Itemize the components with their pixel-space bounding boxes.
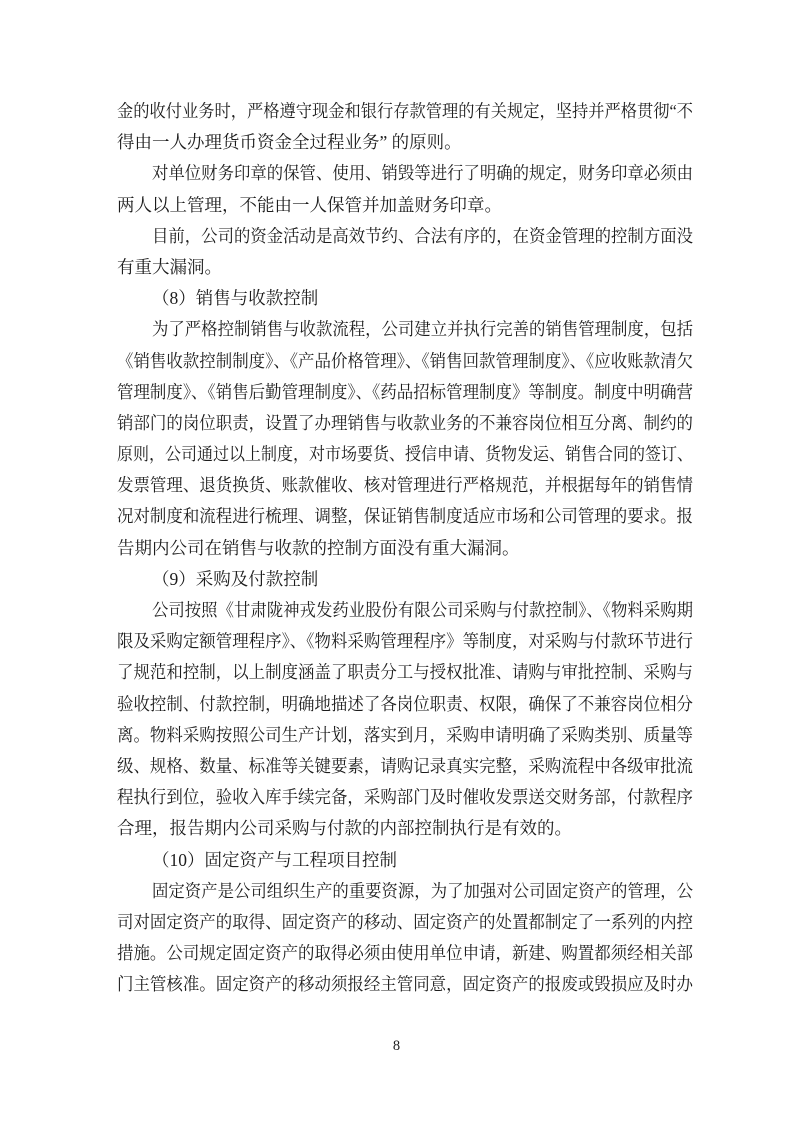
text-line-content: 销部门的岗位职责，设置了办理销售与收款业务的不兼容岗位相互分离、制约的 — [117, 408, 693, 439]
text-line: 固定资产是公司组织生产的重要资源，为了加强对公司固定资产的管理，公 — [117, 876, 693, 907]
text-line-content: 发票管理、退货换货、账款催收、核对管理进行严格规范，并根据每年的销售情 — [117, 470, 693, 501]
text-line: 为了严格控制销售与收款流程，公司建立并执行完善的销售管理制度，包括 — [117, 314, 693, 345]
text-line-content: 对单位财务印章的保管、使用、销毁等进行了明确的规定，财务印章必须由 — [152, 158, 693, 189]
text-line-content: （8）销售与收款控制 — [152, 283, 318, 314]
text-line-content: 了规范和控制，以上制度涵盖了职责分工与授权批准、请购与审批控制、采购与 — [117, 657, 693, 688]
text-line-content: 公司按照《甘肃陇神戎发药业股份有限公司采购与付款控制》、《物料采购期 — [152, 595, 693, 626]
text-line-content: （9）采购及付款控制 — [152, 564, 318, 595]
text-line-content: 程执行到位，验收入库手续完备，采购部门及时催收发票送交财务部，付款程序 — [117, 782, 693, 813]
text-line-content: 《销售收款控制制度》、《产品价格管理》、《销售回款管理制度》、《应收账款清欠 — [117, 346, 693, 377]
text-line: 限及采购定额管理程序》、《物料采购管理程序》等制度，对采购与付款环节进行 — [117, 626, 693, 657]
text-line-content: 固定资产是公司组织生产的重要资源，为了加强对公司固定资产的管理，公 — [152, 876, 693, 907]
text-line-content: 告期内公司在销售与收款的控制方面没有重大漏洞。 — [117, 533, 520, 564]
text-line: 《销售收款控制制度》、《产品价格管理》、《销售回款管理制度》、《应收账款清欠 — [117, 346, 693, 377]
text-block: 金的收付业务时，严格遵守现金和银行存款管理的有关规定，坚持并严格贯彻“不得由一人… — [117, 96, 693, 1000]
text-line: 目前，公司的资金活动是高效节约、合法有序的，在资金管理的控制方面没 — [117, 221, 693, 252]
text-line: 司对固定资产的取得、固定资产的移动、固定资产的处置都制定了一系列的内控 — [117, 907, 693, 938]
text-line: （8）销售与收款控制 — [117, 283, 693, 314]
text-line: 原则，公司通过以上制度，对市场要货、授信申请、货物发运、销售合同的签订、 — [117, 439, 693, 470]
text-line: 管理制度》、《销售后勤管理制度》、《药品招标管理制度》等制度。制度中明确营 — [117, 377, 693, 408]
text-line: 两人以上管理，不能由一人保管并加盖财务印章。 — [117, 190, 693, 221]
text-line-content: 原则，公司通过以上制度，对市场要货、授信申请、货物发运、销售合同的签订、 — [117, 439, 693, 470]
text-line-content: 为了严格控制销售与收款流程，公司建立并执行完善的销售管理制度，包括 — [152, 314, 693, 345]
text-line: 措施。公司规定固定资产的取得必须由使用单位申请，新建、购置都须经相关部 — [117, 938, 693, 969]
text-line: 级、规格、数量、标准等关键要素，请购记录真实完整，采购流程中各级审批流 — [117, 751, 693, 782]
text-line: 发票管理、退货换货、账款催收、核对管理进行严格规范，并根据每年的销售情 — [117, 470, 693, 501]
text-line: 金的收付业务时，严格遵守现金和银行存款管理的有关规定，坚持并严格贯彻“不 — [117, 96, 693, 127]
text-line: 况对制度和流程进行梳理、调整，保证销售制度适应市场和公司管理的要求。报 — [117, 501, 693, 532]
text-line-content: 限及采购定额管理程序》、《物料采购管理程序》等制度，对采购与付款环节进行 — [117, 626, 693, 657]
text-line: 合理，报告期内公司采购与付款的内部控制执行是有效的。 — [117, 813, 693, 844]
text-line-content: 有重大漏洞。 — [117, 252, 222, 283]
text-line-content: （10）固定资产与工程项目控制 — [152, 845, 397, 876]
text-line: 离。物料采购按照公司生产计划，落实到月，采购申请明确了采购类别、质量等 — [117, 720, 693, 751]
text-line-content: 金的收付业务时，严格遵守现金和银行存款管理的有关规定，坚持并严格贯彻“不 — [117, 96, 693, 127]
text-line-content: 级、规格、数量、标准等关键要素，请购记录真实完整，采购流程中各级审批流 — [117, 751, 693, 782]
page-number: 8 — [0, 1036, 793, 1056]
text-line-content: 合理，报告期内公司采购与付款的内部控制执行是有效的。 — [117, 813, 572, 844]
text-line-content: 况对制度和流程进行梳理、调整，保证销售制度适应市场和公司管理的要求。报 — [117, 501, 693, 532]
text-line-content: 得由一人办理货币资金全过程业务” 的原则。 — [117, 127, 462, 158]
text-line-content: 两人以上管理，不能由一人保管并加盖财务印章。 — [117, 190, 502, 221]
text-line: 对单位财务印章的保管、使用、销毁等进行了明确的规定，财务印章必须由 — [117, 158, 693, 189]
text-line: 有重大漏洞。 — [117, 252, 693, 283]
text-line: 程执行到位，验收入库手续完备，采购部门及时催收发票送交财务部，付款程序 — [117, 782, 693, 813]
text-line: 了规范和控制，以上制度涵盖了职责分工与授权批准、请购与审批控制、采购与 — [117, 657, 693, 688]
document-page: 金的收付业务时，严格遵守现金和银行存款管理的有关规定，坚持并严格贯彻“不得由一人… — [0, 0, 793, 1122]
text-line-content: 门主管核准。固定资产的移动须报经主管同意，固定资产的报废或毁损应及时办 — [117, 969, 693, 1000]
text-line: （10）固定资产与工程项目控制 — [117, 845, 693, 876]
text-line-content: 验收控制、付款控制，明确地描述了各岗位职责、权限，确保了不兼容岗位相分 — [117, 689, 693, 720]
text-line: 销部门的岗位职责，设置了办理销售与收款业务的不兼容岗位相互分离、制约的 — [117, 408, 693, 439]
text-line: （9）采购及付款控制 — [117, 564, 693, 595]
text-line: 公司按照《甘肃陇神戎发药业股份有限公司采购与付款控制》、《物料采购期 — [117, 595, 693, 626]
text-line-content: 离。物料采购按照公司生产计划，落实到月，采购申请明确了采购类别、质量等 — [117, 720, 693, 751]
text-line-content: 目前，公司的资金活动是高效节约、合法有序的，在资金管理的控制方面没 — [152, 221, 693, 252]
text-line: 得由一人办理货币资金全过程业务” 的原则。 — [117, 127, 693, 158]
text-line: 验收控制、付款控制，明确地描述了各岗位职责、权限，确保了不兼容岗位相分 — [117, 689, 693, 720]
text-line-content: 司对固定资产的取得、固定资产的移动、固定资产的处置都制定了一系列的内控 — [117, 907, 693, 938]
text-line: 门主管核准。固定资产的移动须报经主管同意，固定资产的报废或毁损应及时办 — [117, 969, 693, 1000]
text-line: 告期内公司在销售与收款的控制方面没有重大漏洞。 — [117, 533, 693, 564]
text-line-content: 措施。公司规定固定资产的取得必须由使用单位申请，新建、购置都须经相关部 — [117, 938, 693, 969]
text-line-content: 管理制度》、《销售后勤管理制度》、《药品招标管理制度》等制度。制度中明确营 — [117, 377, 693, 408]
